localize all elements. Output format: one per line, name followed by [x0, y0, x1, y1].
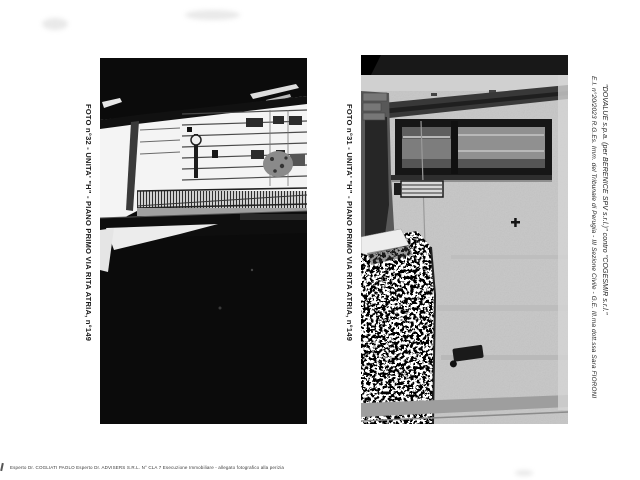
scan-artifact [515, 470, 533, 476]
photo-foto-32 [100, 58, 307, 424]
photo-caption-foto-32: FOTO n°32 - UNITA' "H" - PIANO PRIMO VIA… [84, 104, 93, 341]
scan-artifact [185, 10, 240, 20]
scanned-document-page: E.I. n°20/2023 R.G.Es. Imm. del Tribunal… [0, 0, 640, 480]
scan-artifact [42, 18, 68, 30]
case-parties-line: "DOVALUE s.p.a. (per BERENICE SPV s.r.l.… [601, 84, 608, 314]
scan-margin-mark [0, 463, 4, 471]
footer-experts-line: Esperto Dr. COGLIATI PAOLO Esperto Dr. A… [10, 465, 330, 470]
photo-foto-31 [361, 55, 568, 424]
photo-caption-foto-31: FOTO n°31 - UNITA' "H" - PIANO PRIMO VIA… [345, 104, 354, 341]
case-header-line: E.I. n°20/2023 R.G.Es. Imm. del Tribunal… [590, 76, 597, 398]
